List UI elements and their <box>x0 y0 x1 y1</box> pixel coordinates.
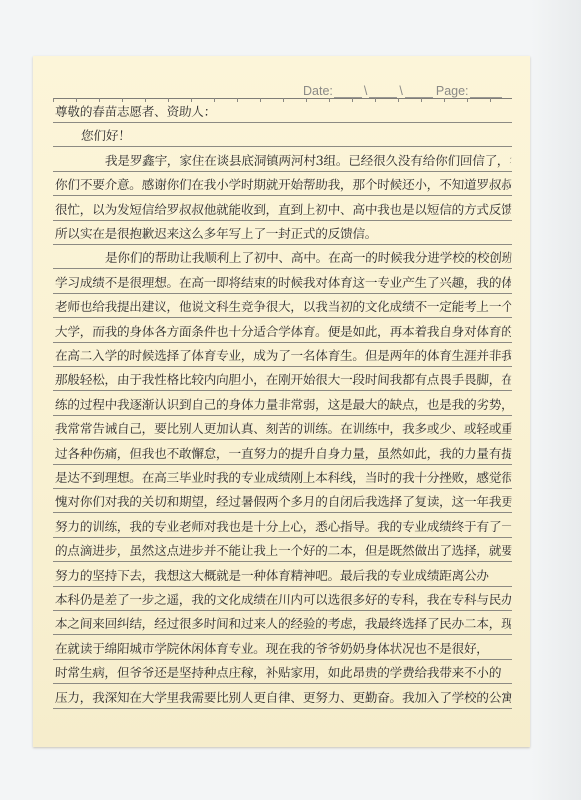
body-line: 本之间来回纠结，经过很多时间和过来人的经验的考虑，我最终选择了民办二本，现 <box>54 613 511 635</box>
letter-paper: Date: \ \ Page: 尊敬的春苗志愿者、资助人：您们好！我是罗鑫宇，家… <box>33 56 530 747</box>
date-page-header: Date: \ \ Page: <box>303 82 503 98</box>
body-line: 愧对你们对我的关切和期望，经过暑假两个多月的自闭后我选择了复读，这一年我更加 <box>54 491 511 513</box>
body-line: 我是罗鑫宇，家住在谈县底洞镇两河村3组。已经很久没有给你们回信了，希望 <box>54 150 511 172</box>
body-line: 的点滴进步，虽然这点进步并不能让我上一个好的二本，但是既然做出了选择，就要 <box>54 540 511 562</box>
body-line: 在高二入学的时候选择了体育专业，成为了一名体育生。但是两年的体育生涯并非我想的 <box>54 345 511 367</box>
body-line: 是你们的帮助让我顺利上了初中、高中。在高一的时候我分进学校的校创班， <box>54 247 511 269</box>
body-line: 学习成绩不是很理想。在高一即将结束的时候我对体育这一专业产生了兴趣，我的体育 <box>54 272 511 294</box>
body-line: 努力的坚持下去，我想这大概就是一种体育精神吧。最后我的专业成绩距离公办 <box>54 565 511 587</box>
date-day-blank <box>334 85 362 98</box>
body-line: 我常常告诫自己，要比别人更加认真、刻苦的训练。在训练中，我多或少、或轻或重的受 <box>54 418 511 440</box>
body-line: 所以实在是很抱歉迟来这么多年写上了一封正式的反馈信。 <box>54 223 511 245</box>
page-number-blank <box>470 85 502 98</box>
body-line: 是达不到理想。在高三毕业时我的专业成绩刚上本科线，当时的我十分挫败，感觉很 <box>54 467 511 489</box>
body-line: 过各种伤痛，但我也不敢懈怠，一直努力的提升自身力量，虽然如此，我的力量有提升，但 <box>54 443 511 465</box>
body-line: 努力的训练，我的专业老师对我也是十分上心，悉心指导。我的专业成绩终于有了一次次 <box>54 516 511 538</box>
body-line: 压力，我深知在大学里我需要比别人更自律、更努力、更勤奋。我加入了学校的公寓部， <box>54 687 511 709</box>
date-separator: \ <box>399 84 402 98</box>
greeting: 您们好！ <box>54 125 511 147</box>
scan-background <box>531 0 581 800</box>
body-line: 大学，而我的身体各方面条件也十分适合学体育。便是如此，再本着我自身对体育的热爱，… <box>54 321 511 343</box>
date-separator: \ <box>364 84 367 98</box>
body-line: 很忙，以为发短信给罗叔叔他就能收到，直到上初中、高中我也是以短信的方式反馈， <box>54 199 511 221</box>
body-line: 练的过程中我逐渐认识到自己的身体力量非常弱，这是最大的缺点，也是我的劣势，为此 <box>54 394 511 416</box>
body-line: 本科仍是差了一步之遥，我的文化成绩在川内可以选很多好的专科，我在专科与民办二 <box>54 589 511 611</box>
salutation: 尊敬的春苗志愿者、资助人： <box>54 101 511 123</box>
body-line: 时常生病，但爷爷还是坚持种点庄稼，补贴家用，如此昂贵的学费给我带来不小的 <box>54 662 511 684</box>
body-line: 你们不要介意。感谢你们在我小学时期就开始帮助我，那个时候还小，不知道罗叔叔 <box>54 174 511 196</box>
date-label: Date: <box>303 84 333 98</box>
date-month-blank <box>369 85 397 98</box>
body-line: 在就读于绵阳城市学院休闲体育专业。现在我的爷爷奶奶身体状况也不是很好， <box>54 638 511 660</box>
body-line: 老师也给我提出建议，他说文科生竞争很大，以我当初的文化成绩不一定能考上一个很好的 <box>54 296 511 318</box>
page-label: Page: <box>436 84 469 98</box>
body-line: 那般轻松，由于我性格比较内向胆小，在刚开始很大一段时间我都有点畏手畏脚，在训 <box>54 369 511 391</box>
date-year-blank <box>405 85 433 98</box>
